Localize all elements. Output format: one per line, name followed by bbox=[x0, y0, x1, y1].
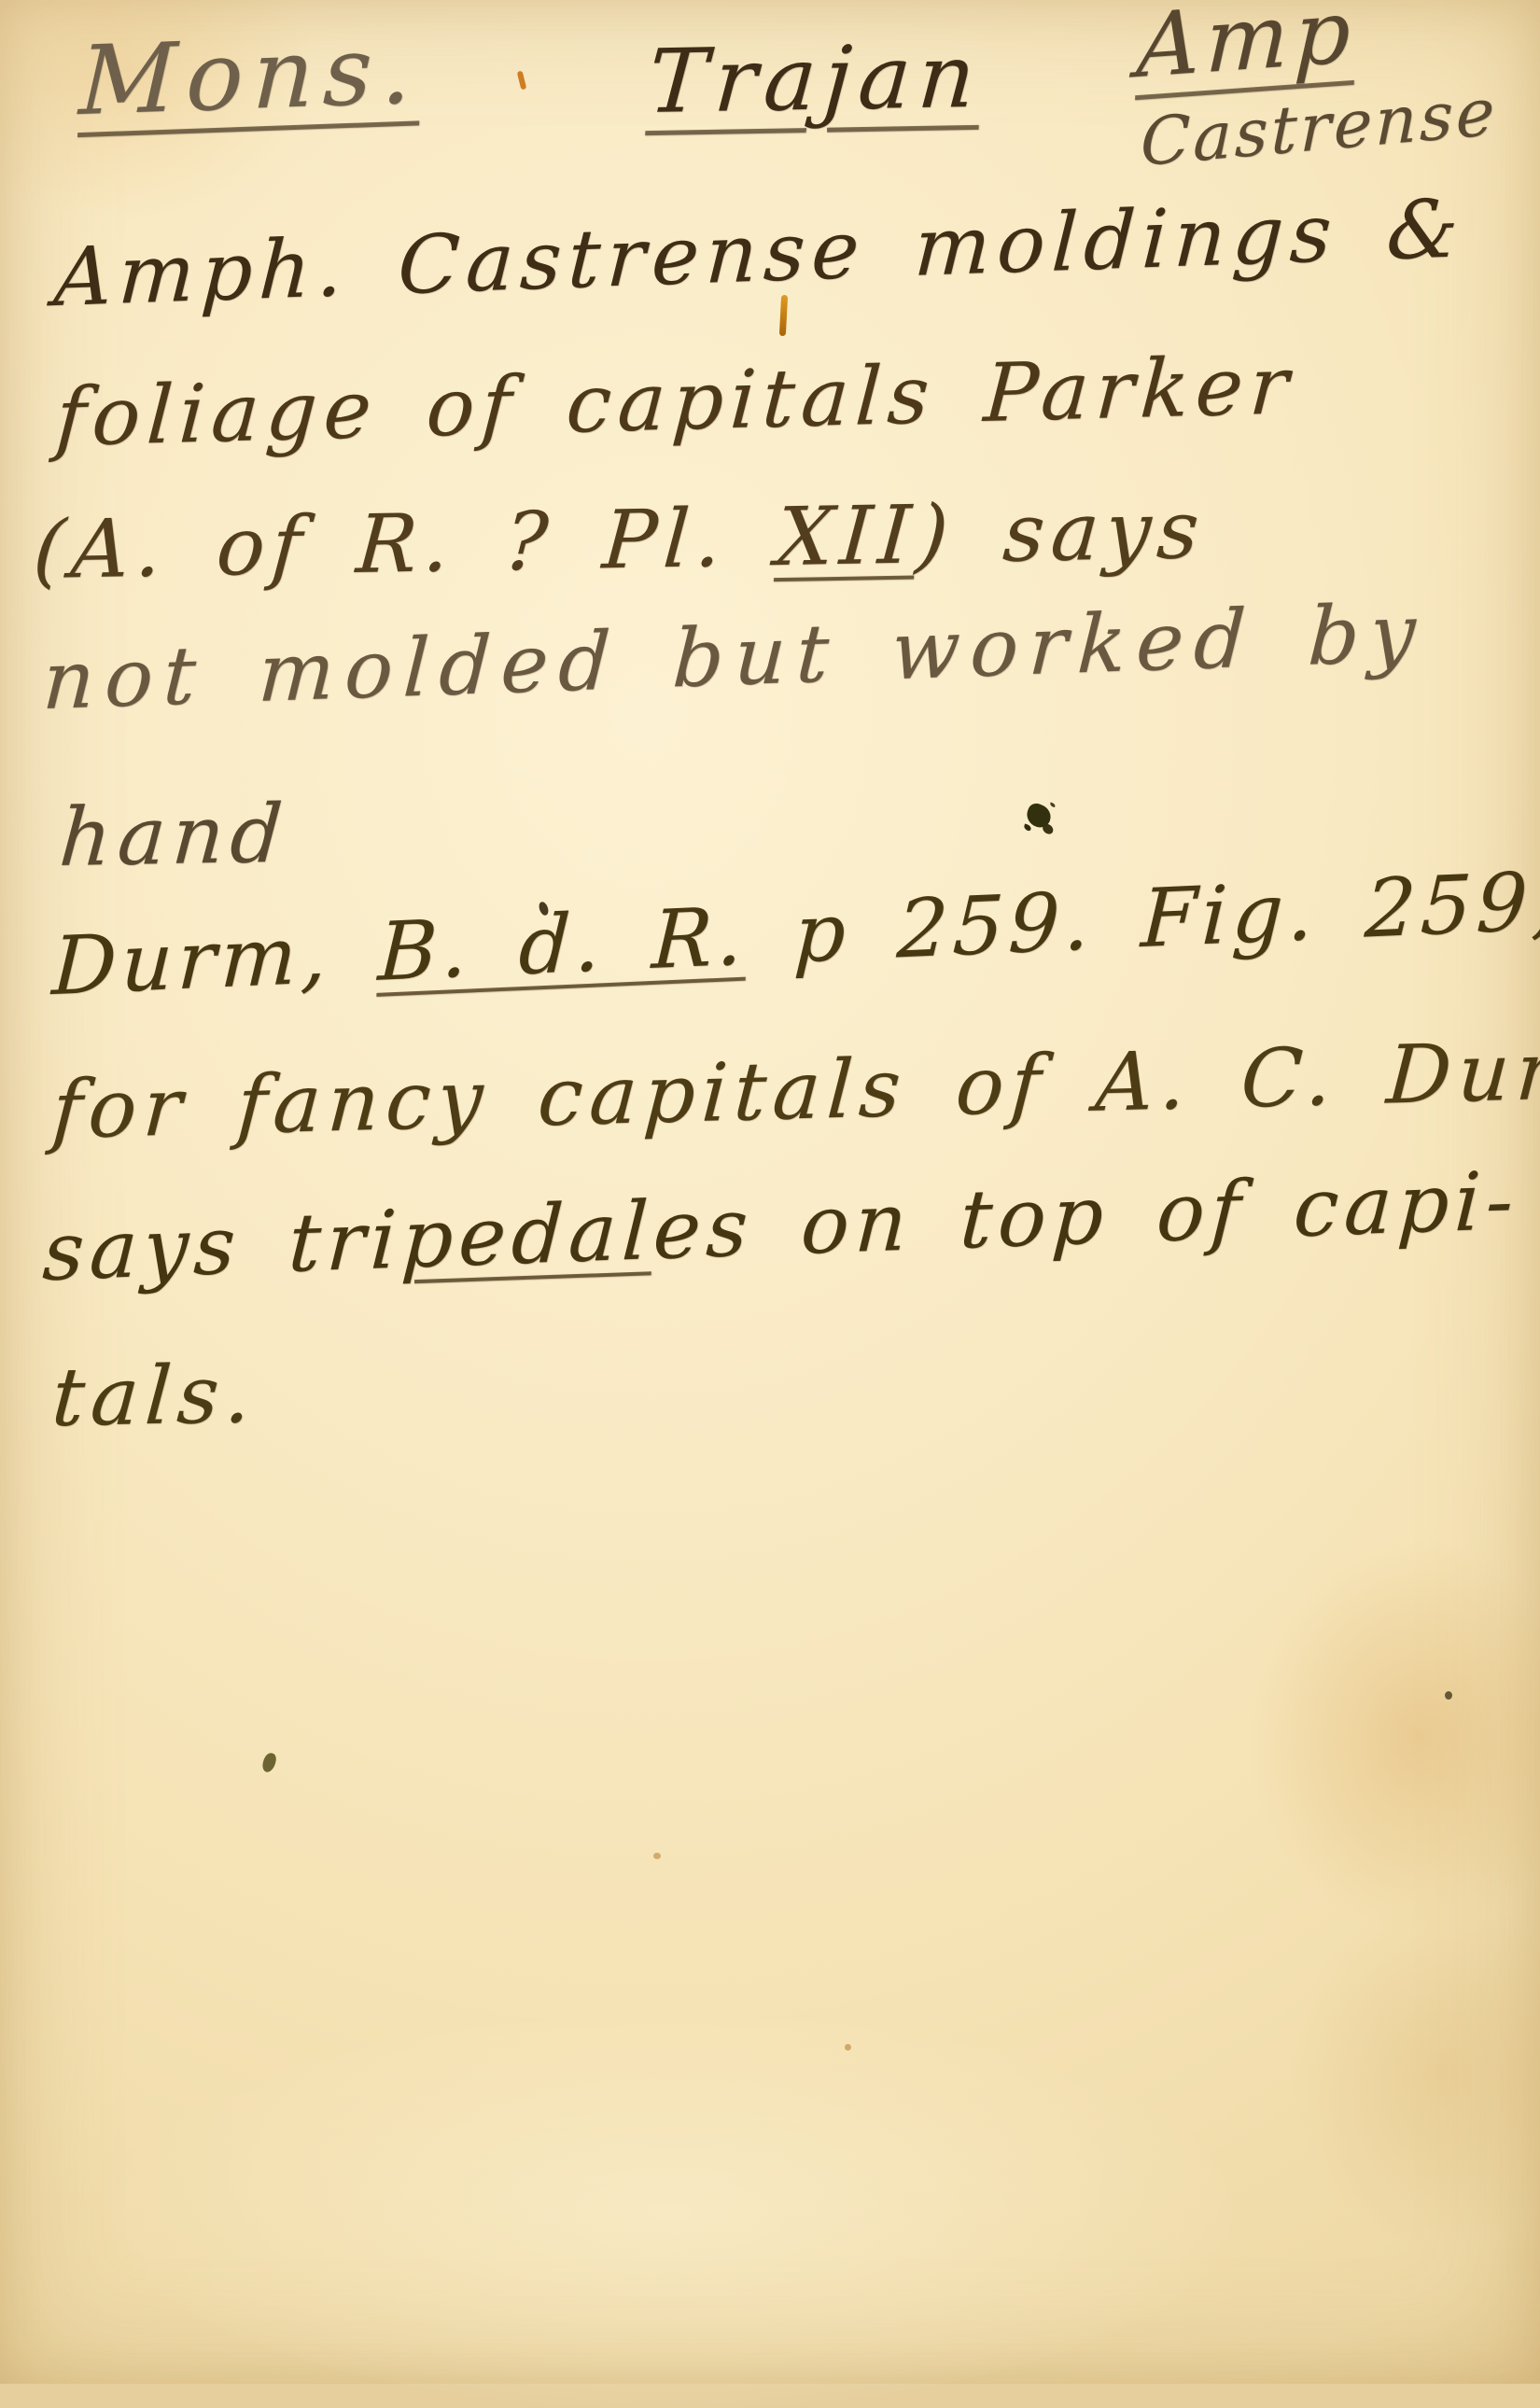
ink-blot bbox=[1024, 801, 1055, 830]
note-line: hand bbox=[56, 788, 291, 885]
paper-speck-olive bbox=[261, 1752, 278, 1774]
line-text: Amph. Castrense moldings & bbox=[51, 182, 1466, 325]
header-amp-abbreviation: Amp bbox=[1135, 0, 1357, 98]
paper-speck-dark bbox=[1445, 1691, 1452, 1700]
edge-stain-faint bbox=[1288, 1895, 1540, 2249]
line-text: tals. bbox=[49, 1348, 260, 1445]
line-text: ) says bbox=[914, 483, 1209, 582]
line-text: says tri bbox=[40, 1193, 404, 1299]
underlined-text: B. d. R. bbox=[376, 889, 749, 1000]
note-line: Amph. Castrense moldings & bbox=[51, 182, 1466, 325]
header-location-mons: Mons. bbox=[77, 14, 423, 137]
paper-tick-orange bbox=[517, 71, 527, 91]
paper-highlight bbox=[112, 2016, 1232, 2384]
note-line: tals. bbox=[49, 1348, 260, 1445]
underlined-text: XII bbox=[774, 488, 920, 584]
note-line: for fancy capitals of A. C. Durm bbox=[49, 1022, 1540, 1157]
paper-speck-faint bbox=[845, 2044, 851, 2051]
line-text: foliage of capitals Parker bbox=[53, 339, 1297, 465]
edge-stain bbox=[1241, 1531, 1540, 1941]
line-text: es on top of capi- bbox=[651, 1155, 1520, 1279]
note-line: not molded but worked by bbox=[40, 586, 1427, 728]
note-line: (A. of R. ? Pl. XII) says bbox=[30, 483, 1208, 597]
aged-paper-card: Mons. Trajan Amp Castrense Amph. Castren… bbox=[0, 0, 1540, 2384]
line-text: not molded but worked by bbox=[40, 586, 1427, 728]
line-text: (A. of R. ? Pl. bbox=[30, 491, 779, 597]
line-text: p 259. Fig. 259, bbox=[745, 854, 1540, 983]
note-line: says tripedales on top of capi- bbox=[40, 1155, 1520, 1299]
paper-fleck-orange bbox=[779, 295, 788, 336]
line-text: hand bbox=[56, 788, 291, 885]
line-text: Durm, bbox=[50, 906, 381, 1015]
line-text: for fancy capitals of A. C. Durm bbox=[49, 1022, 1540, 1157]
underlined-text: pedal bbox=[399, 1184, 656, 1287]
note-line: foliage of capitals Parker bbox=[53, 339, 1297, 465]
paper-speck-faint bbox=[653, 1853, 661, 1859]
header-subject-trajan: Trajan bbox=[645, 26, 986, 133]
